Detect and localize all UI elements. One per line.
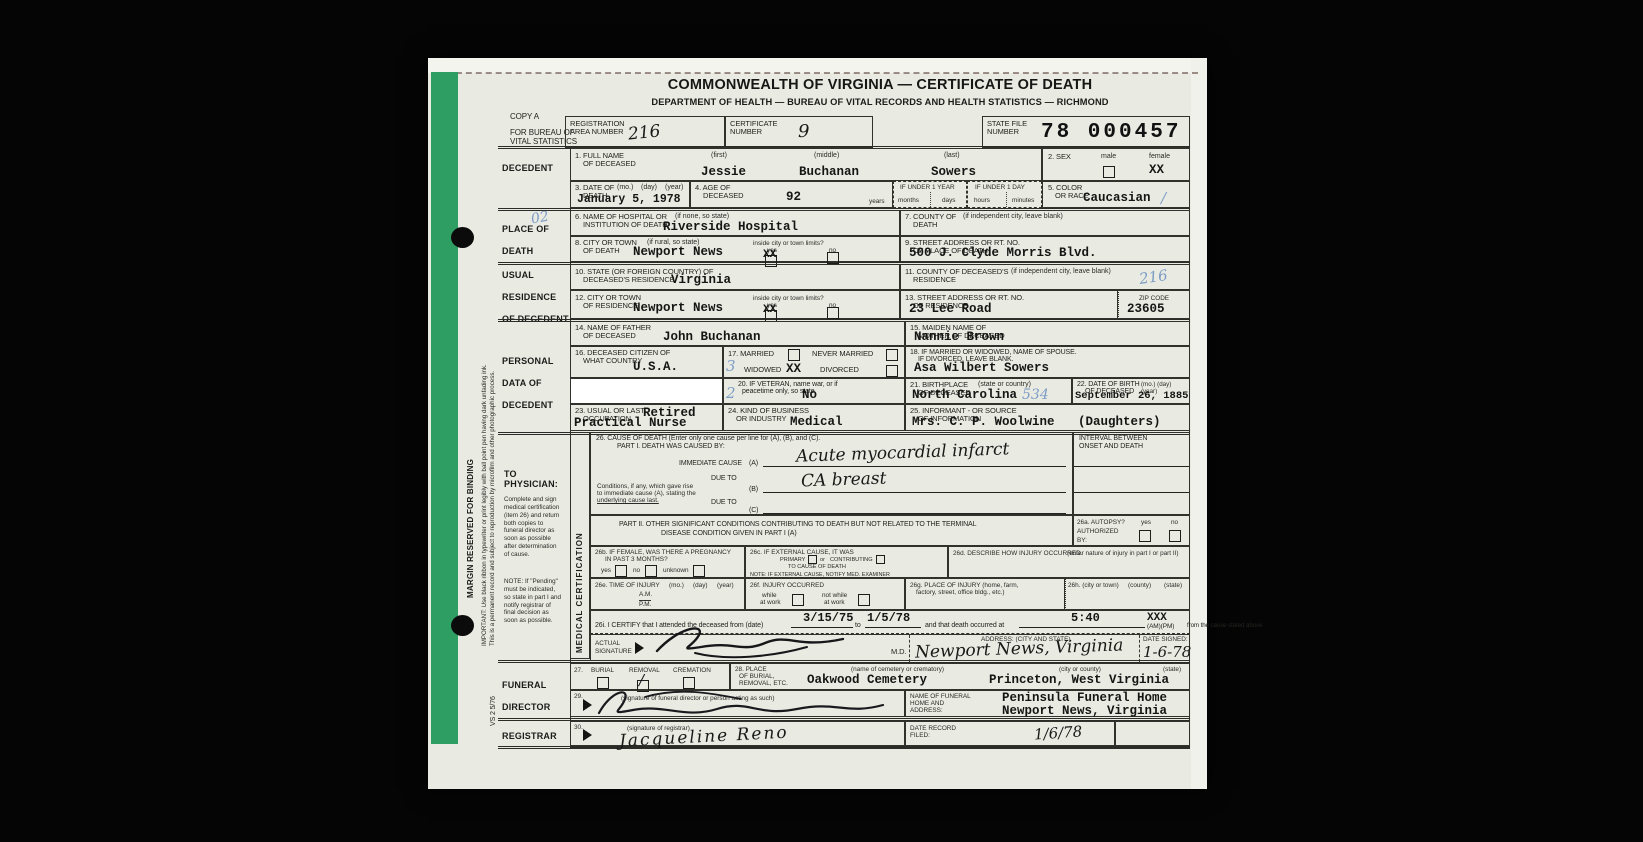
burial-city-value: Princeton, West Virginia (989, 673, 1169, 687)
field-30-registrar-signature: 30. (signature of registrar) Jacqueline … (570, 721, 905, 746)
part-2-line-2: DISEASE CONDITION GIVEN IN PART I (A) (661, 530, 797, 538)
cause-a-value: Acute myocardial infarct (796, 439, 1010, 466)
field-22-value: September 26, 1885 (1075, 390, 1188, 402)
date-filed-value: 1/6/78 (1033, 722, 1082, 743)
physician-note: Complete and sign medical certification … (504, 496, 562, 559)
field-26i-ampm-label: (AM)(PM) (1147, 623, 1174, 630)
immediate-cause-label: IMMEDIATE CAUSE (679, 460, 742, 468)
field-26b-yes-label: yes (601, 567, 611, 574)
field-26i-to-value: 1/5/78 (867, 611, 910, 625)
funeral-home-value-1: Peninsula Funeral Home (1002, 691, 1167, 705)
field-26f-not-2: at work (824, 599, 845, 606)
days-label: days (942, 197, 956, 204)
margin-binding-text: MARGIN RESERVED FOR BINDING (466, 228, 475, 598)
field-6-hint: (if none, so state) (675, 213, 729, 220)
due-to-2-label: DUE TO (711, 499, 737, 507)
section-registrar: REGISTRAR (502, 731, 557, 741)
field-14-value: John Buchanan (663, 330, 761, 344)
pen-mark-534: 534 (1022, 387, 1049, 403)
document-title: COMMONWEALTH OF VIRGINIA — CERTIFICATE O… (570, 77, 1190, 93)
field-26-head-1: 26. CAUSE OF DEATH (Enter only one cause… (596, 435, 820, 443)
binding-strip (431, 72, 458, 744)
field-30-empty-box (1115, 721, 1190, 746)
field-8-label-2: OF DEATH (583, 247, 620, 255)
field-26c-label-1: 26c. IF EXTERNAL CAUSE, IT WAS (750, 549, 854, 556)
field-1-label-2: OF DECEASED (583, 160, 636, 168)
field-7-label-2: DEATH (913, 221, 937, 229)
field-13-street-residence: 13. STREET ADDRESS OR RT. NO. OF RESIDEN… (900, 290, 1118, 319)
field-15-value: Nannie Brown (914, 330, 1004, 344)
field-11-label-2: RESIDENCE (913, 276, 956, 284)
field-26c-primary-label: PRIMARY (780, 557, 805, 563)
field-19-redacted (570, 378, 723, 404)
section-funeral-1: FUNERAL (502, 680, 546, 690)
funeral-home-label-3: ADDRESS: (910, 707, 943, 714)
field-1-last-value: Sowers (931, 165, 976, 179)
divider (1139, 635, 1140, 662)
field-26c-contributing-label: CONTRIBUTING (830, 557, 873, 563)
field-26h-city: 26h. (city or town) (1068, 582, 1119, 589)
field-27-num: 27. (574, 667, 583, 674)
field-18-spouse: 18. IF MARRIED OR WIDOWED, NAME OF SPOUS… (905, 346, 1190, 378)
field-22-date-of-birth: 22. DATE OF BIRTH (mo.) (day) (year) OF … (1072, 378, 1190, 404)
field-24-industry: 24. KIND OF BUSINESS OR INDUSTRY Medical (723, 404, 905, 431)
line-b-rule (763, 492, 1066, 493)
removal-label: REMOVAL (629, 667, 660, 674)
field-2-male-label: male (1101, 153, 1116, 160)
field-26a-autopsy: 26a. AUTOPSY? AUTHORIZED BY: (1073, 515, 1133, 546)
field-2-label: 2. SEX (1048, 153, 1071, 161)
checkbox-not-at-work (858, 594, 870, 606)
field-10-label-2: DECEASED'S RESIDENCE (583, 276, 675, 284)
field-4-value: 92 (786, 190, 801, 204)
state-file-box: STATE FILE NUMBER 78 000457 (982, 116, 1190, 148)
section-decedent: DECEDENT (502, 163, 553, 173)
screenshot-stage: MARGIN RESERVED FOR BINDING IMPORTANT: U… (0, 0, 1643, 842)
field-8-value: Newport News (633, 245, 723, 259)
field-26-part-2: PART II. OTHER SIGNIFICANT CONDITIONS CO… (590, 515, 1073, 546)
divider (1006, 192, 1007, 207)
field-26h-county: (county) (1128, 582, 1151, 589)
rule (865, 627, 921, 628)
field-21-value: North Carolina (912, 388, 1017, 402)
field-10-state-residence: 10. STATE (OR FOREIGN COUNTRY) OF DECEAS… (570, 264, 900, 290)
arrow-icon (635, 642, 644, 654)
under-1-day-label: IF UNDER 1 DAY (975, 184, 1025, 191)
medical-certification-label: MEDICAL CERTIFICATION (575, 443, 584, 653)
field-26h-location: 26h. (city or town) (county) (state) (1065, 578, 1190, 610)
field-26e-pm: P.M. (639, 600, 651, 608)
field-5-value: Caucasian (1083, 191, 1151, 205)
field-30-num: 30. (574, 724, 583, 731)
interval-label-2: ONSET AND DEATH (1079, 443, 1143, 451)
field-29-funeral-director-signature: 29. (signature of funeral director or pe… (570, 690, 905, 717)
field-26-head-2: PART I. DEATH WAS CAUSED BY: (617, 443, 725, 451)
pen-mark-216: 216 (1138, 266, 1169, 288)
field-18-value: Asa Wilbert Sowers (914, 361, 1049, 375)
pen-mark-2: 2 (726, 384, 736, 402)
section-physician-1: TO (504, 469, 517, 479)
field-12-city-residence: 12. CITY OR TOWN OF RESIDENCE Newport Ne… (570, 290, 900, 319)
hours-label: hours (974, 197, 990, 204)
conditions-line-3: underlying cause last. (597, 497, 659, 504)
interval-label-1: INTERVAL BETWEEN (1079, 435, 1147, 443)
field-3-day: (day) (641, 184, 657, 191)
registration-area-box: REGISTRATION AREA NUMBER 216 (565, 116, 725, 148)
interval-rule-a (1074, 466, 1189, 467)
field-26b-label-2: IN PAST 3 MONTHS? (605, 556, 668, 563)
physician-signature-row: ACTUAL SIGNATURE M.D. ADDRESS: (CITY AND… (590, 634, 1190, 661)
checkbox-never-married (886, 349, 898, 361)
field-26b-unknown-label: unknown (663, 567, 689, 574)
field-2-female-mark: XX (1149, 163, 1164, 177)
checkbox-limits-yes-2-mark: XX (763, 304, 776, 316)
certificate-number-box: CERTIFICATE NUMBER 9 (725, 116, 873, 148)
field-20-veteran: 20. IF VETERAN, name war, or if peacetim… (723, 378, 905, 404)
field-8-city-of-death: 8. CITY OR TOWN (if rural, so state) OF … (570, 236, 900, 262)
zip-value: 23605 (1127, 302, 1165, 316)
field-26i-to-label: to (855, 622, 861, 630)
field-8-limits-label: inside city or town limits? (753, 240, 824, 247)
line-a-label: (A) (749, 460, 758, 468)
field-4-unit: years (869, 198, 885, 205)
medical-certification-strip: MEDICAL CERTIFICATION (570, 432, 590, 659)
autopsy-yes-label: yes (1141, 519, 1151, 526)
field-11-county-residence: 11. COUNTY OF DECEASED'S (if independent… (900, 264, 1190, 290)
field-3-mo: (mo.) (617, 184, 633, 191)
section-place-2: DEATH (502, 246, 533, 256)
field-26-cause-of-death: 26. CAUSE OF DEATH (Enter only one cause… (590, 432, 1073, 515)
checkbox-limits-yes-mark: XX (763, 249, 776, 261)
field-17-widowed-label: WIDOWED (744, 366, 781, 374)
field-6-value: Riverside Hospital (663, 220, 798, 234)
field-26e-mo: (mo.) (669, 582, 684, 589)
field-1-last-label: (last) (944, 152, 960, 159)
field-16-citizen: 16. DECEASED CITIZEN OF WHAT COUNTRY U.S… (570, 346, 723, 378)
divider (498, 746, 1190, 749)
pending-note: NOTE: If "Pending" must be indicated, so… (504, 578, 562, 625)
margin-important-text: IMPORTANT: Use black ribbon in typewrite… (481, 176, 489, 646)
due-to-1-label: DUE TO (711, 475, 737, 483)
field-26e-am: A.M. (639, 591, 652, 598)
field-5-color-race: 5. COLOR OR RACE Caucasian / (1042, 181, 1190, 208)
field-26f-label: 26f. INJURY OCCURRED (750, 582, 824, 589)
document-subtitle: DEPARTMENT OF HEALTH — BUREAU OF VITAL R… (570, 97, 1190, 107)
field-26e-yr: (year) (717, 582, 734, 589)
field-14-label-2: OF DECEASED (583, 332, 636, 340)
field-12-limits-label: inside city or town limits? (753, 295, 824, 302)
copy-label: COPY A (510, 113, 539, 122)
checkbox-male (1103, 166, 1115, 178)
divider (930, 192, 931, 207)
actual-signature-label-1: ACTUAL (595, 640, 620, 647)
field-20-value: No (802, 388, 817, 402)
field-25-value: Mrs. C. P. Woolwine (912, 415, 1055, 429)
line-c-rule (763, 513, 1066, 514)
field-7-county-of-death: 7. COUNTY OF (if independent city, leave… (900, 210, 1190, 236)
checkbox-limits-no (827, 252, 839, 264)
state-file-value: 78 000457 (1041, 121, 1181, 144)
section-physician-2: PHYSICIAN: (504, 479, 558, 489)
field-1-full-name: 1. FULL NAME OF DECEASED (first) (middle… (570, 148, 1042, 181)
under-1-year-label: IF UNDER 1 YEAR (900, 184, 955, 191)
field-17-marital-status: 17. MARRIED NEVER MARRIED 3 WIDOWED XX D… (723, 346, 905, 378)
field-9-street-of-death: 9. STREET ADDRESS OR RT. NO. OF PLACE OF… (900, 236, 1190, 262)
field-6-hospital: 6. NAME OF HOSPITAL OR (if none, so stat… (570, 210, 900, 236)
minutes-label: minutes (1012, 197, 1034, 204)
field-13-value: 23 Lee Road (909, 302, 992, 316)
perforation-edge (436, 72, 1198, 74)
autopsy-no-label: no (1171, 519, 1178, 526)
field-14-father: 14. NAME OF FATHER OF DECEASED John Buch… (570, 321, 905, 346)
burial-label: BURIAL (591, 667, 614, 674)
field-1-first-value: Jessie (701, 165, 746, 179)
checkbox-autopsy-no (1169, 530, 1181, 542)
field-25-value-2: (Daughters) (1078, 415, 1161, 429)
pen-mark-3: 3 (726, 357, 736, 375)
field-10-value: Virginia (671, 273, 731, 287)
field-26b-no-label: no (633, 567, 640, 574)
field-12-label-2: OF RESIDENCE (583, 302, 638, 310)
field-26f-injury-occurred: 26f. INJURY OCCURRED while at work not w… (745, 578, 905, 610)
funeral-director-signature-icon (589, 683, 889, 723)
field-17-divorced-label: DIVORCED (820, 366, 859, 374)
checkbox-limits-no-2 (827, 307, 839, 319)
checkbox-married (788, 349, 800, 361)
field-26b-pregnancy: 26b. IF FEMALE, WAS THERE A PREGNANCY IN… (590, 546, 745, 578)
field-26a-yes-no: yes no (1133, 515, 1190, 546)
arrow-icon (583, 729, 592, 741)
section-residence-2: RESIDENCE (502, 292, 556, 302)
checkbox-primary (808, 555, 817, 564)
state-file-label-2: NUMBER (987, 128, 1019, 136)
checkbox-while-at-work (792, 594, 804, 606)
field-1-first-label: (first) (711, 152, 727, 159)
field-4-under-1-year: IF UNDER 1 YEAR months days (893, 181, 967, 208)
field-16-value: U.S.A. (633, 360, 678, 374)
field-26g-place-of-injury: 26g. PLACE OF INJURY (home, farm, factor… (905, 578, 1065, 610)
pen-mark-slash: / (1161, 189, 1166, 207)
field-17-widowed-mark: XX (786, 362, 801, 376)
field-13-zip: ZIP CODE 23605 (1118, 290, 1190, 319)
field-26f-while-2: at work (760, 599, 781, 606)
field-26c-external-cause: 26c. IF EXTERNAL CAUSE, IT WAS PRIMARY o… (745, 546, 948, 578)
field-1-middle-label: (middle) (814, 152, 839, 159)
field-26e-label: 26e. TIME OF INJURY (595, 582, 660, 589)
field-26c-or-label: or (820, 557, 825, 563)
checkbox-pregnancy-yes (615, 565, 627, 577)
actual-signature-label-2: SIGNATURE (595, 648, 632, 655)
form-number: VS 2 5/76 (490, 650, 498, 726)
date-filed-label-2: FILED: (910, 732, 930, 739)
field-29-funeral-home: NAME OF FUNERAL HOME AND ADDRESS: Penins… (905, 690, 1190, 717)
autopsy-label-1: 26a. AUTOPSY? (1077, 519, 1125, 526)
checkbox-autopsy-yes (1139, 530, 1151, 542)
field-15-mother: 15. MAIDEN NAME OF MOTHER OF DECEASED Na… (905, 321, 1190, 346)
field-26i-label-2: and that death occurred at (925, 622, 1004, 630)
section-personal-2: DATA OF (502, 378, 542, 388)
field-21-birthplace: 21. BIRTHPLACE (state or country) OF DEC… (905, 378, 1072, 404)
line-c-label: (C) (749, 507, 758, 515)
field-26d-label: 26d. DESCRIBE HOW INJURY OCCURRED. (953, 550, 1082, 557)
field-4-age: 4. AGE OF DECEASED 92 years (690, 181, 893, 208)
line-b-label: (B) (749, 486, 758, 494)
pen-mark-02: 02 (530, 209, 550, 228)
certificate-number-value: 9 (798, 121, 809, 142)
interval-column: INTERVAL BETWEEN ONSET AND DEATH (1073, 432, 1190, 515)
field-24-label-2: OR INDUSTRY (736, 415, 786, 423)
section-personal-3: DECEDENT (502, 400, 553, 410)
field-4-under-1-day: IF UNDER 1 DAY hours minutes (967, 181, 1042, 208)
field-9-value: 500 J. Clyde Morris Blvd. (909, 246, 1097, 260)
cause-b-value: CA breast (801, 469, 887, 492)
part-2-line-1: PART II. OTHER SIGNIFICANT CONDITIONS CO… (619, 521, 976, 529)
paper-right-edge (1191, 58, 1207, 789)
field-26h-state: (state) (1164, 582, 1182, 589)
field-23-value-2: Practical Nurse (574, 416, 687, 430)
death-certificate-document: MARGIN RESERVED FOR BINDING IMPORTANT: U… (428, 58, 1207, 789)
field-2-female-label: female (1149, 153, 1170, 160)
checkbox-contributing (876, 555, 885, 564)
cremation-label: CREMATION (673, 667, 711, 674)
field-29-num: 29. (574, 693, 583, 700)
field-26i-label-3: from the cause stated above (1187, 623, 1277, 630)
field-6-label-2: INSTITUTION OF DEATH (583, 221, 668, 229)
field-26c-label-2: TO CAUSE OF DEATH (788, 564, 846, 570)
field-7-hint: (if independent city, leave blank) (963, 213, 1063, 220)
funeral-home-value-2: Newport News, Virginia (1002, 704, 1167, 718)
checkbox-divorced (886, 365, 898, 377)
checkbox-pregnancy-unknown (693, 565, 705, 577)
field-12-value: Newport News (633, 301, 723, 315)
field-2-sex: 2. SEX male female XX (1042, 148, 1190, 181)
field-26e-day: (day) (693, 582, 708, 589)
address-value: Newport News, Virginia (915, 635, 1124, 662)
divider (909, 635, 910, 662)
autopsy-label-3: BY: (1077, 537, 1087, 544)
field-1-middle-value: Buchanan (799, 165, 859, 179)
md-label: M.D. (891, 648, 906, 656)
date-signed-value: 1-6-78 (1143, 643, 1191, 661)
registration-label-2: AREA NUMBER (570, 128, 624, 136)
section-residence-1: USUAL (502, 270, 534, 280)
field-25-informant: 25. INFORMANT - OR SOURCE OF INFORMATION… (905, 404, 1190, 431)
field-3-date-of-death: 3. DATE OF (mo.) (day) (year) DEATH Janu… (570, 181, 690, 208)
physician-signature-icon (651, 621, 851, 661)
field-26i-time-value: 5:40 (1071, 611, 1100, 625)
field-4-label-2: DECEASED (703, 192, 743, 200)
field-3-year: (year) (665, 184, 683, 191)
field-26g-label-2: factory, street, office bldg., etc.) (916, 589, 1005, 596)
field-11-hint: (if independent city, leave blank) (1011, 268, 1111, 275)
hole-punch-icon (451, 615, 474, 636)
field-30-date-filed: DATE RECORD FILED: 1/6/78 (905, 721, 1115, 746)
field-26e-time-of-injury: 26e. TIME OF INJURY (mo.) (day) (year) A… (590, 578, 745, 610)
margin-permanent-text: This is a permanent record and subject t… (489, 176, 497, 646)
checkbox-pregnancy-no (645, 565, 657, 577)
field-23-occupation: 23. USUAL OR LAST OCCUPATION Retired Pra… (570, 404, 723, 431)
field-26d-hint: (enter nature of injury in part I or par… (1067, 550, 1179, 557)
field-17-never-married-label: NEVER MARRIED (812, 350, 873, 358)
section-funeral-2: DIRECTOR (502, 702, 550, 712)
months-label: months (898, 197, 919, 204)
rule (1019, 627, 1145, 628)
registration-area-value: 216 (627, 121, 661, 144)
certificate-label-2: NUMBER (730, 128, 762, 136)
field-24-value: Medical (790, 415, 843, 429)
paper-top-edge (428, 58, 1207, 73)
field-3-value: January 5, 1978 (577, 193, 681, 206)
burial-state-label: (state) (1163, 666, 1181, 673)
section-personal-1: PERSONAL (502, 356, 554, 366)
field-26d-how-injury: 26d. DESCRIBE HOW INJURY OCCURRED. (ente… (948, 546, 1190, 578)
autopsy-label-2: AUTHORIZED (1077, 528, 1119, 535)
interval-rule-b (1074, 492, 1189, 493)
